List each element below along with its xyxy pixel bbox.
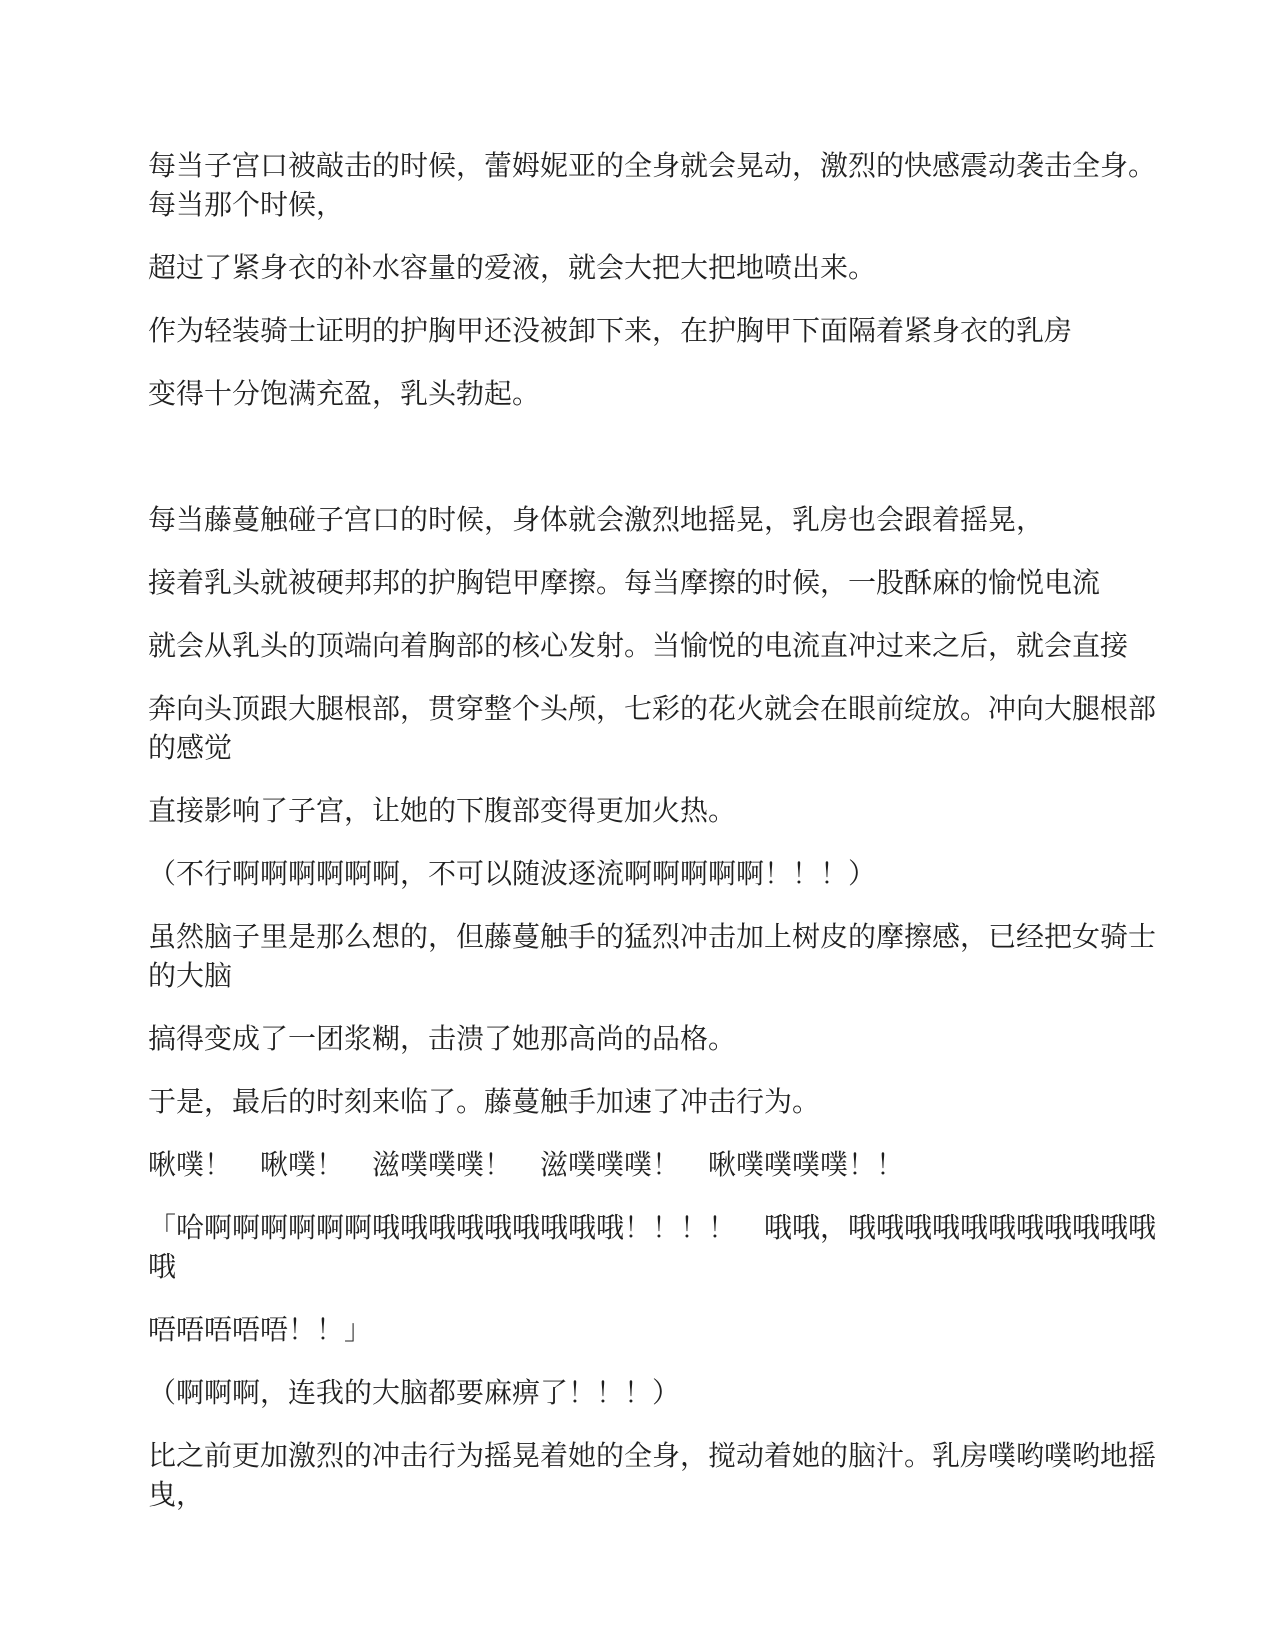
paragraph: 奔向头顶跟大腿根部，贯穿整个头颅，七彩的花火就会在眼前绽放。冲向大腿根部 的感觉 bbox=[148, 689, 1193, 767]
paragraph: 作为轻装骑士证明的护胸甲还没被卸下来，在护胸甲下面隔着紧身衣的乳房 bbox=[148, 311, 1193, 350]
paragraph: 搞得变成了一团浆糊，击溃了她那高尚的品格。 bbox=[148, 1019, 1193, 1058]
paragraph: 比之前更加激烈的冲击行为摇晃着她的全身，搅动着她的脑汁。乳房噗哟噗哟地摇 曳， bbox=[148, 1436, 1193, 1514]
paragraph: （不行啊啊啊啊啊啊，不可以随波逐流啊啊啊啊啊！！！） bbox=[148, 854, 1193, 893]
empty-line bbox=[148, 437, 1193, 476]
document-page: 每当子宫口被敲击的时候，蕾姆妮亚的全身就会晃动，激烈的快感震动袭击全身。 每当那… bbox=[0, 0, 1275, 1650]
paragraph-dialogue: 唔唔唔唔唔！！」 bbox=[148, 1310, 1193, 1349]
paragraph: 直接影响了子宫，让她的下腹部变得更加火热。 bbox=[148, 791, 1193, 830]
paragraph: 每当子宫口被敲击的时候，蕾姆妮亚的全身就会晃动，激烈的快感震动袭击全身。 每当那… bbox=[148, 146, 1193, 224]
text-body: 每当子宫口被敲击的时候，蕾姆妮亚的全身就会晃动，激烈的快感震动袭击全身。 每当那… bbox=[148, 146, 1193, 1538]
paragraph: 就会从乳头的顶端向着胸部的核心发射。当愉悦的电流直冲过来之后，就会直接 bbox=[148, 626, 1193, 665]
paragraph: 接着乳头就被硬邦邦的护胸铠甲摩擦。每当摩擦的时候，一股酥麻的愉悦电流 bbox=[148, 563, 1193, 602]
paragraph-thought: （啊啊啊，连我的大脑都要麻痹了！！！） bbox=[148, 1373, 1193, 1412]
paragraph: 每当藤蔓触碰子宫口的时候，身体就会激烈地摇晃，乳房也会跟着摇晃， bbox=[148, 500, 1193, 539]
paragraph: 虽然脑子里是那么想的，但藤蔓触手的猛烈冲击加上树皮的摩擦感，已经把女骑士 的大脑 bbox=[148, 917, 1193, 995]
paragraph-dialogue: 「哈啊啊啊啊啊啊哦哦哦哦哦哦哦哦哦！！！！ 哦哦，哦哦哦哦哦哦哦哦哦哦哦 哦 bbox=[148, 1208, 1193, 1286]
paragraph: 变得十分饱满充盈，乳头勃起。 bbox=[148, 374, 1193, 413]
paragraph-sfx: 啾噗！ 啾噗！ 滋噗噗噗！ 滋噗噗噗！ 啾噗噗噗噗！！ bbox=[148, 1145, 1193, 1184]
paragraph: 超过了紧身衣的补水容量的爱液，就会大把大把地喷出来。 bbox=[148, 248, 1193, 287]
paragraph: 于是，最后的时刻来临了。藤蔓触手加速了冲击行为。 bbox=[148, 1082, 1193, 1121]
